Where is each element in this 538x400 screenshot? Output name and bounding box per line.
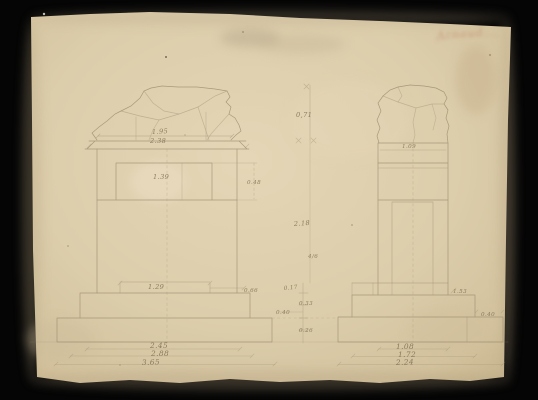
dim-right-top-width: 1.09 <box>402 144 416 150</box>
dim-left-base-step: 1.29 <box>148 283 164 291</box>
dim-left-total-3: 3.65 <box>142 357 160 367</box>
dim-left-base-step-right: 0.66 <box>244 288 258 294</box>
dim-center-upper-height: 0,71 <box>296 111 312 119</box>
dim-left-cap-width: 2.38 <box>149 137 166 145</box>
dim-center-shaft-height: 2.18 <box>293 219 311 228</box>
dim-center-m2: 0.33 <box>299 301 313 307</box>
dim-center-m4: 0.26 <box>299 328 313 334</box>
dim-right-base-right: 1.53 <box>453 289 467 295</box>
dim-left-top-width: 1.95 <box>152 127 169 136</box>
dim-center-m3: 0.40 <box>276 310 290 316</box>
dim-right-plinth-right: 0.40 <box>481 312 495 318</box>
dim-right-total-3: 2.24 <box>395 357 414 367</box>
dim-left-panel-width: 1.39 <box>153 173 169 181</box>
dim-left-panel-height: 0.48 <box>247 180 261 186</box>
drawing-canvas: 1.95 2.38 1.39 0.48 1.29 0.66 2.45 2.88 … <box>0 0 538 400</box>
artwork-photo: 1.95 2.38 1.39 0.48 1.29 0.66 2.45 2.88 … <box>0 0 538 400</box>
dim-center-fraction: 4/6 <box>307 254 318 260</box>
